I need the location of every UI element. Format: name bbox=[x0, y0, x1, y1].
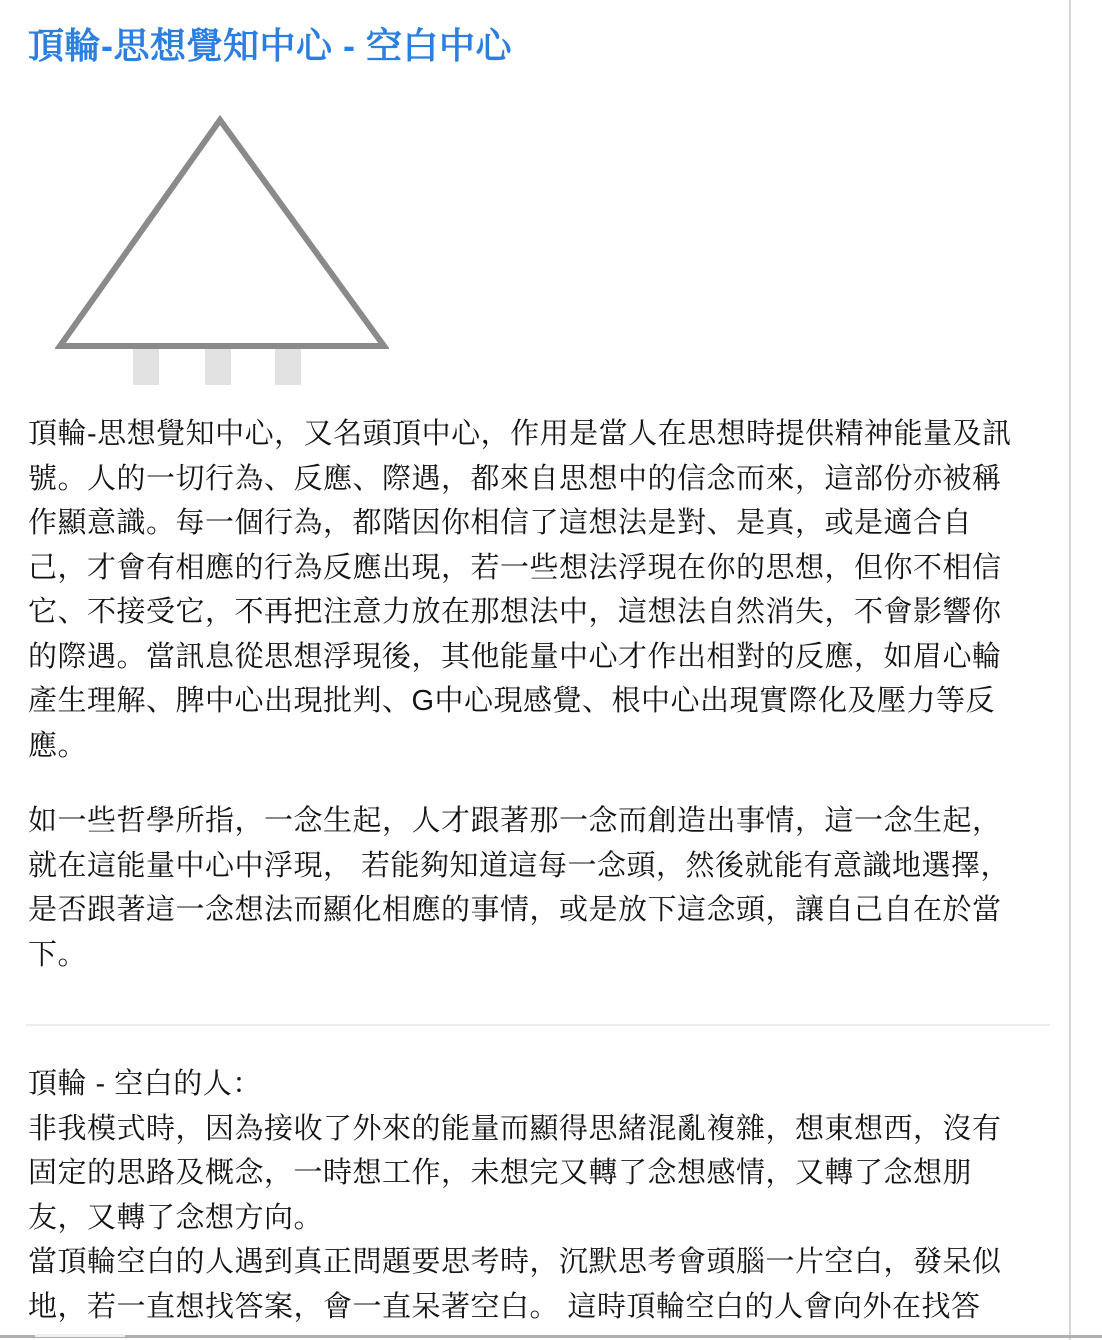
text-line: 固定的思路及概念，一時想工作，未想完又轉了念想感情，又轉了念想朋 bbox=[28, 1151, 1058, 1196]
text-line: 它、不接受它，不再把注意力放在那想法中，這想法自然消失，不會影響你 bbox=[28, 590, 1058, 635]
text-line: 如一些哲學所指，一念生起，人才跟著那一念而創造出事情，這一念生起， bbox=[28, 799, 1058, 844]
text-line: 應。 bbox=[28, 724, 1058, 769]
paragraph-open-center: 頂輪 - 空白的人： 非我模式時，因為接收了外來的能量而顯得思緒混亂複雜，想東想… bbox=[28, 1062, 1058, 1329]
triangle-leg-middle bbox=[205, 348, 231, 385]
article-page: 頂輪-思想覺知中心 - 空白中心 頂輪-思想覺知中心，又名頭頂中心，作用是當人在… bbox=[0, 0, 1102, 1340]
text-line: 非我模式時，因為接收了外來的能量而顯得思緒混亂複雜，想東想西，沒有 bbox=[28, 1107, 1058, 1152]
text-line: 頂輪-思想覺知中心，又名頭頂中心，作用是當人在思想時提供精神能量及訊 bbox=[28, 412, 1058, 457]
content-right-border bbox=[1069, 0, 1071, 1340]
triangle-icon bbox=[55, 112, 389, 388]
text-line: 產生理解、脾中心出現批判、G中心現感覺、根中心出現實際化及壓力等反 bbox=[28, 679, 1058, 724]
text-line: 的際遇。當訊息從思想浮現後，其他能量中心才作出相對的反應，如眉心輪 bbox=[28, 635, 1058, 680]
text-line: 頂輪 - 空白的人： bbox=[28, 1062, 1058, 1107]
crown-center-diagram bbox=[55, 112, 389, 388]
text-line: 下。 bbox=[28, 933, 1058, 978]
text-line: 己，才會有相應的行為反應出現，若一些想法浮現在你的思想，但你不相信 bbox=[28, 546, 1058, 591]
page-title: 頂輪-思想覺知中心 - 空白中心 bbox=[28, 18, 512, 69]
text-line: 就在這能量中心中浮現， 若能夠知道這每一念頭，然後就能有意識地選擇， bbox=[28, 844, 1058, 889]
triangle-leg-right bbox=[275, 348, 301, 385]
paragraph-intro: 頂輪-思想覺知中心，又名頭頂中心，作用是當人在思想時提供精神能量及訊 號。人的一… bbox=[28, 412, 1058, 768]
viewport-bottom-edge bbox=[0, 1335, 1102, 1338]
text-line: 地，若一直想找答案，會一直呆著空白。 這時頂輪空白的人會向外在找答 bbox=[28, 1285, 1058, 1330]
text-line: 是否跟著這一念想法而顯化相應的事情，或是放下這念頭，讓自己自在於當 bbox=[28, 888, 1058, 933]
text-line: 當頂輪空白的人遇到真正問題要思考時，沉默思考會頭腦一片空白，發呆似 bbox=[28, 1240, 1058, 1285]
text-line: 友，又轉了念想方向。 bbox=[28, 1196, 1058, 1241]
triangle-outline bbox=[60, 120, 384, 346]
text-line: 號。人的一切行為、反應、際遇，都來自思想中的信念而來，這部份亦被稱 bbox=[28, 457, 1058, 502]
paragraph-philosophy: 如一些哲學所指，一念生起，人才跟著那一念而創造出事情，這一念生起， 就在這能量中… bbox=[28, 799, 1058, 977]
triangle-leg-left bbox=[133, 348, 159, 385]
viewport-bottom-edge-highlight bbox=[35, 1334, 125, 1337]
section-divider bbox=[26, 1024, 1050, 1026]
text-line: 作顯意識。每一個行為，都階因你相信了這想法是對、是真，或是適合自 bbox=[28, 501, 1058, 546]
